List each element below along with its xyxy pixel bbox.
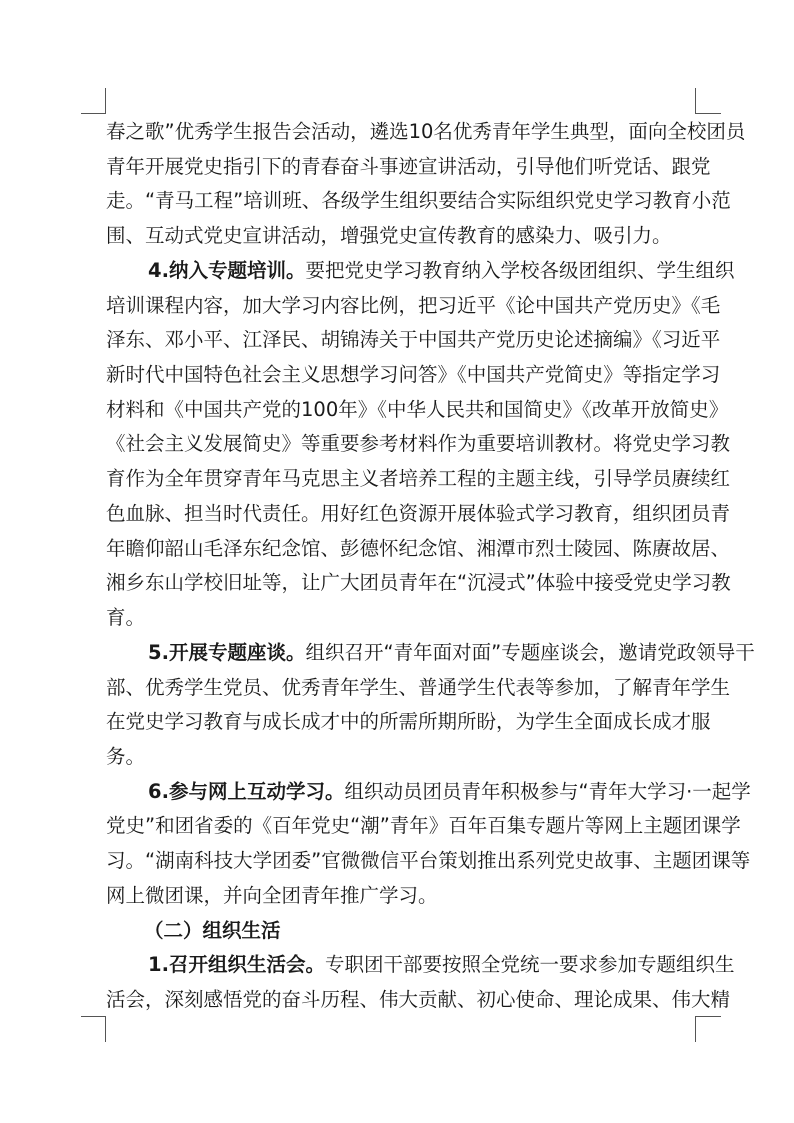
text-line: 在党史学习教育与成长成才中的所需所期所盼，为学生全面成长成才服 xyxy=(106,705,695,740)
text-line: 泽东、邓小平、江泽民、胡锦涛关于中国共产党历史论述摘编》《习近平 xyxy=(106,323,695,358)
text-line: 湘乡东山学校旧址等，让广大团员青年在“沉浸式”体验中接受党史学习教 xyxy=(106,566,695,601)
line-text: 网上微团课，并向全团青年推广学习。 xyxy=(106,884,438,907)
text-line: 青年开展党史指引下的青春奋斗事迹宣讲活动，引导他们听党话、跟党 xyxy=(106,150,695,185)
text-line: 培训课程内容，加大学习内容比例，把习近平《论中国共产党历史》《毛 xyxy=(106,289,695,324)
text-line: 网上微团课，并向全团青年推广学习。 xyxy=(106,879,695,914)
line-text: 围、互动式党史宣讲活动，增强党史宣传教育的感染力、吸引力。 xyxy=(106,224,672,247)
text-line: 年瞻仰韶山毛泽东纪念馆、彭德怀纪念馆、湘潭市烈士陵园、陈赓故居、 xyxy=(106,532,695,567)
line-text: 育作为全年贯穿青年马克思主义者培养工程的主题主线，引导学员赓续红 xyxy=(106,467,730,490)
text-line: 党史”和团省委的《百年党史“潮”青年》百年百集专题片等网上主题团课学 xyxy=(106,809,695,844)
paragraph-4-first-line: 4.纳入专题培训。要把党史学习教育纳入学校各级团组织、学生组织 xyxy=(106,254,695,289)
text-line: 活会，深刻感悟党的奋斗历程、伟大贡献、初心使命、理论成果、伟大精 xyxy=(106,983,695,1018)
text-line: 新时代中国特色社会主义思想学习问答》《中国共产党简史》等指定学习 xyxy=(106,358,695,393)
line-text: 培训课程内容，加大学习内容比例，把习近平《论中国共产党历史》《毛 xyxy=(106,294,720,317)
line-text: 走。“青马工程”培训班、各级学生组织要结合实际组织党史学习教育小范 xyxy=(106,189,731,212)
section-heading: （二）组织生活 xyxy=(106,914,695,949)
text-line: 色血脉、担当时代责任。用好红色资源开展体验式学习教育，组织团员青 xyxy=(106,497,695,532)
line-text: 泽东、邓小平、江泽民、胡锦涛关于中国共产党历史论述摘编》《习近平 xyxy=(106,328,720,351)
line-text: 年瞻仰韶山毛泽东纪念馆、彭德怀纪念馆、湘潭市烈士陵园、陈赓故居、 xyxy=(106,537,730,560)
paragraph-1-first-line: 1.召开组织生活会。专职团干部要按照全党统一要求参加专题组织生 xyxy=(106,948,695,983)
line-text: 组织动员团员青年积极参与“青年大学习·一起学 xyxy=(344,780,750,803)
line-text: 要把党史学习教育纳入学校各级团组织、学生组织 xyxy=(305,259,734,282)
text-line: 育。 xyxy=(106,601,695,636)
text-line: 育作为全年贯穿青年马克思主义者培养工程的主题主线，引导学员赓续红 xyxy=(106,462,695,497)
text-line: 走。“青马工程”培训班、各级学生组织要结合实际组织党史学习教育小范 xyxy=(106,184,695,219)
item-6-title: 6.参与网上互动学习。 xyxy=(148,780,344,803)
text-line: 《社会主义发展简史》等重要参考材料作为重要培训教材。将党史学习教 xyxy=(106,427,695,462)
line-text: 习。“湖南科技大学团委”官微微信平台策划推出系列党史故事、主题团课等 xyxy=(106,849,750,872)
line-text: 专职团干部要按照全党统一要求参加专题组织生 xyxy=(325,953,735,976)
crop-mark-bottom-right xyxy=(695,1016,721,1042)
line-text: 材料和《中国共产党的100年》《中华人民共和国简史》《改革开放简史》 xyxy=(106,398,728,421)
line-text: 青年开展党史指引下的青春奋斗事迹宣讲活动，引导他们听党话、跟党 xyxy=(106,155,711,178)
text-line: 春之歌”优秀学生报告会活动，遴选10名优秀青年学生典型，面向全校团员 xyxy=(106,115,695,150)
line-text: 党史”和团省委的《百年党史“潮”青年》百年百集专题片等网上主题团课学 xyxy=(106,814,741,837)
paragraph-5-first-line: 5.开展专题座谈。组织召开“青年面对面”专题座谈会，邀请党政领导干 xyxy=(106,636,695,671)
paragraph-6-first-line: 6.参与网上互动学习。组织动员团员青年积极参与“青年大学习·一起学 xyxy=(106,775,695,810)
line-text: 《社会主义发展简史》等重要参考材料作为重要培训教材。将党史学习教 xyxy=(106,432,730,455)
document-body: 春之歌”优秀学生报告会活动，遴选10名优秀青年学生典型，面向全校团员 青年开展党… xyxy=(106,115,695,1018)
item-5-title: 5.开展专题座谈。 xyxy=(148,641,305,664)
crop-mark-top-right xyxy=(695,88,721,114)
line-text: 在党史学习教育与成长成才中的所需所期所盼，为学生全面成长成才服 xyxy=(106,710,711,733)
line-text: 组织召开“青年面对面”专题座谈会，邀请党政领导干 xyxy=(305,641,754,664)
line-text: 活会，深刻感悟党的奋斗历程、伟大贡献、初心使命、理论成果、伟大精 xyxy=(106,988,730,1011)
text-line: 务。 xyxy=(106,740,695,775)
item-1-title: 1.召开组织生活会。 xyxy=(148,953,325,976)
text-line: 围、互动式党史宣讲活动，增强党史宣传教育的感染力、吸引力。 xyxy=(106,219,695,254)
section-heading-text: （二）组织生活 xyxy=(144,919,281,942)
text-line: 材料和《中国共产党的100年》《中华人民共和国简史》《改革开放简史》 xyxy=(106,393,695,428)
line-text: 色血脉、担当时代责任。用好红色资源开展体验式学习教育，组织团员青 xyxy=(106,502,730,525)
line-text: 部、优秀学生党员、优秀青年学生、普通学生代表等参加，了解青年学生 xyxy=(106,676,730,699)
item-4-title: 4.纳入专题培训。 xyxy=(148,259,305,282)
crop-mark-top-left xyxy=(81,88,106,114)
text-line: 部、优秀学生党员、优秀青年学生、普通学生代表等参加，了解青年学生 xyxy=(106,671,695,706)
crop-mark-bottom-left xyxy=(81,1016,106,1042)
document-page: 春之歌”优秀学生报告会活动，遴选10名优秀青年学生典型，面向全校团员 青年开展党… xyxy=(0,0,794,1123)
line-text: 春之歌”优秀学生报告会活动，遴选10名优秀青年学生典型，面向全校团员 xyxy=(106,120,745,143)
line-text: 新时代中国特色社会主义思想学习问答》《中国共产党简史》等指定学习 xyxy=(106,363,720,386)
line-text: 湘乡东山学校旧址等，让广大团员青年在“沉浸式”体验中接受党史学习教 xyxy=(106,571,731,594)
line-text: 育。 xyxy=(106,606,145,629)
line-text: 务。 xyxy=(106,745,145,768)
text-line: 习。“湖南科技大学团委”官微微信平台策划推出系列党史故事、主题团课等 xyxy=(106,844,695,879)
